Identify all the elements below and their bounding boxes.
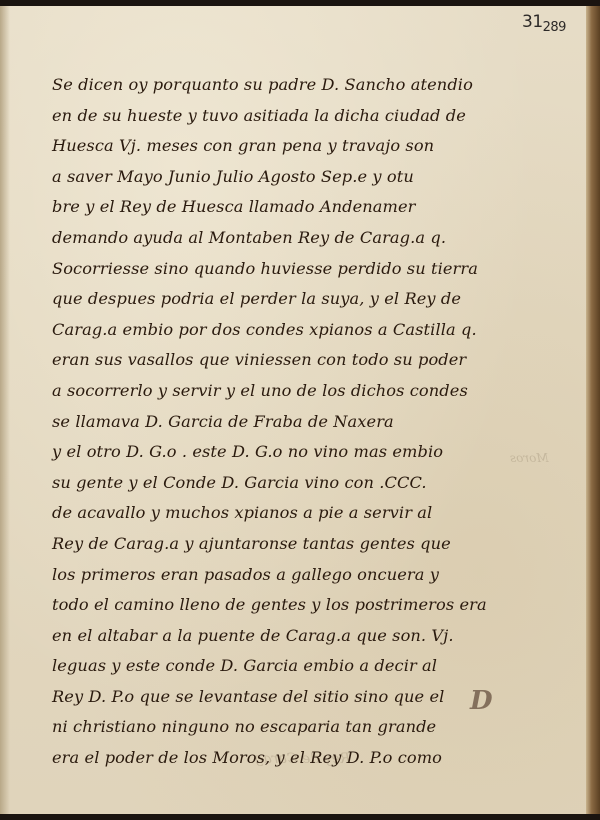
text-line: leguas y este conde D. Garcia embio a de… bbox=[52, 651, 512, 682]
text-line: ni christiano ninguno no escaparia tan g… bbox=[52, 712, 512, 743]
text-line: Se dicen oy porquanto su padre D. Sancho… bbox=[52, 70, 512, 101]
text-line: y el otro D. G.o . este D. G.o no vino m… bbox=[52, 437, 512, 468]
text-line: todo el camino lleno de gentes y los pos… bbox=[52, 590, 512, 621]
text-line: en de su hueste y tuvo asitiada la dicha… bbox=[52, 101, 512, 132]
text-line: se llamava D. Garcia de Fraba de Naxera bbox=[52, 407, 512, 438]
show-through-text: Moros bbox=[510, 451, 549, 465]
text-line: a socorrerlo y servir y el uno de los di… bbox=[52, 376, 512, 407]
text-line: Huesca Vj. meses con gran pena y travajo… bbox=[52, 131, 512, 162]
folio-main: 31 bbox=[522, 12, 543, 32]
folio-number: 31289 bbox=[522, 12, 566, 32]
text-line: en el altabar a la puente de Carag.a que… bbox=[52, 621, 512, 652]
text-line: Rey D. P.o que se levantase del sitio si… bbox=[52, 682, 512, 713]
manuscript-page: 31289 Moros Rey de Carag. D Se dicen oy … bbox=[0, 6, 600, 814]
text-line: los primeros eran pasados a gallego oncu… bbox=[52, 560, 512, 591]
text-line: eran sus vasallos que viniessen con todo… bbox=[52, 345, 512, 376]
text-line: Socorriesse sino quando huviesse perdido… bbox=[52, 254, 512, 285]
text-line: Rey de Carag.a y ajuntaronse tantas gent… bbox=[52, 529, 512, 560]
text-line: de acavallo y muchos xpianos a pie a ser… bbox=[52, 498, 512, 529]
text-line: a saver Mayo Junio Julio Agosto Sep.e y … bbox=[52, 162, 512, 193]
text-line: que despues podria el perder la suya, y … bbox=[52, 284, 512, 315]
manuscript-text: Se dicen oy porquanto su padre D. Sancho… bbox=[52, 70, 512, 774]
text-line: Carag.a embio por dos condes xpianos a C… bbox=[52, 315, 512, 346]
folio-sub: 289 bbox=[543, 20, 566, 35]
book-spine-edge bbox=[586, 6, 600, 814]
text-line: bre y el Rey de Huesca llamado Andenamer bbox=[52, 192, 512, 223]
text-line: era el poder de los Moros, y el Rey D. P… bbox=[52, 743, 512, 774]
text-line: su gente y el Conde D. Garcia vino con .… bbox=[52, 468, 512, 499]
text-line: demando ayuda al Montaben Rey de Carag.a… bbox=[52, 223, 512, 254]
